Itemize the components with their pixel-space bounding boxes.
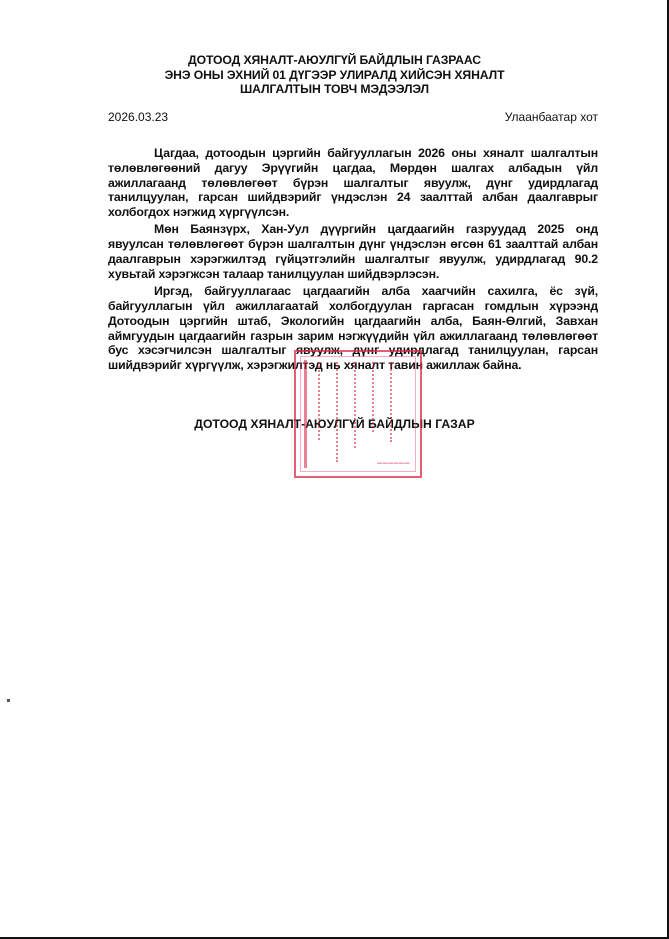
header-line-1: ДОТООД ХЯНАЛТ-АЮУЛГҮЙ БАЙДЛЫН ГАЗРААС — [0, 53, 669, 68]
document-location: Улаанбаатар хот — [505, 110, 598, 124]
paragraph-1: Цагдаа, дотоодын цэргийн байгууллагын 20… — [108, 146, 598, 220]
document-date: 2026.03.23 — [108, 110, 168, 124]
stamp-bar-icon — [304, 360, 307, 468]
paragraph-3: Иргэд, байгууллагаас цагдаагийн алба хаа… — [108, 284, 598, 373]
document-page: ДОТООД ХЯНАЛТ-АЮУЛГҮЙ БАЙДЛЫН ГАЗРААС ЭН… — [0, 0, 669, 939]
stamp-small-text-icon: ▬▬▬▬▬▬ — [377, 460, 410, 466]
header-line-3: ШАЛГАЛТЫН ТОВЧ МЭДЭЭЛЭЛ — [0, 82, 669, 97]
header-line-2: ЭНЭ ОНЫ ЭХНИЙ 01 ДҮГЭЭР УЛИРАЛД ХИЙСЭН Х… — [0, 68, 669, 83]
document-body: Цагдаа, дотоодын цэргийн байгууллагын 20… — [108, 146, 598, 375]
document-header: ДОТООД ХЯНАЛТ-АЮУЛГҮЙ БАЙДЛЫН ГАЗРААС ЭН… — [0, 53, 669, 97]
signature-line: ДОТООД ХЯНАЛТ-АЮУЛГҮЙ БАЙДЛЫН ГАЗАР — [0, 417, 669, 431]
scan-artifact — [7, 699, 10, 702]
date-location-row: 2026.03.23 Улаанбаатар хот — [108, 110, 598, 124]
mongolian-script-icon — [336, 362, 348, 462]
paragraph-2: Мөн Баянзүрх, Хан-Уул дүүргийн цагдаагий… — [108, 222, 598, 281]
